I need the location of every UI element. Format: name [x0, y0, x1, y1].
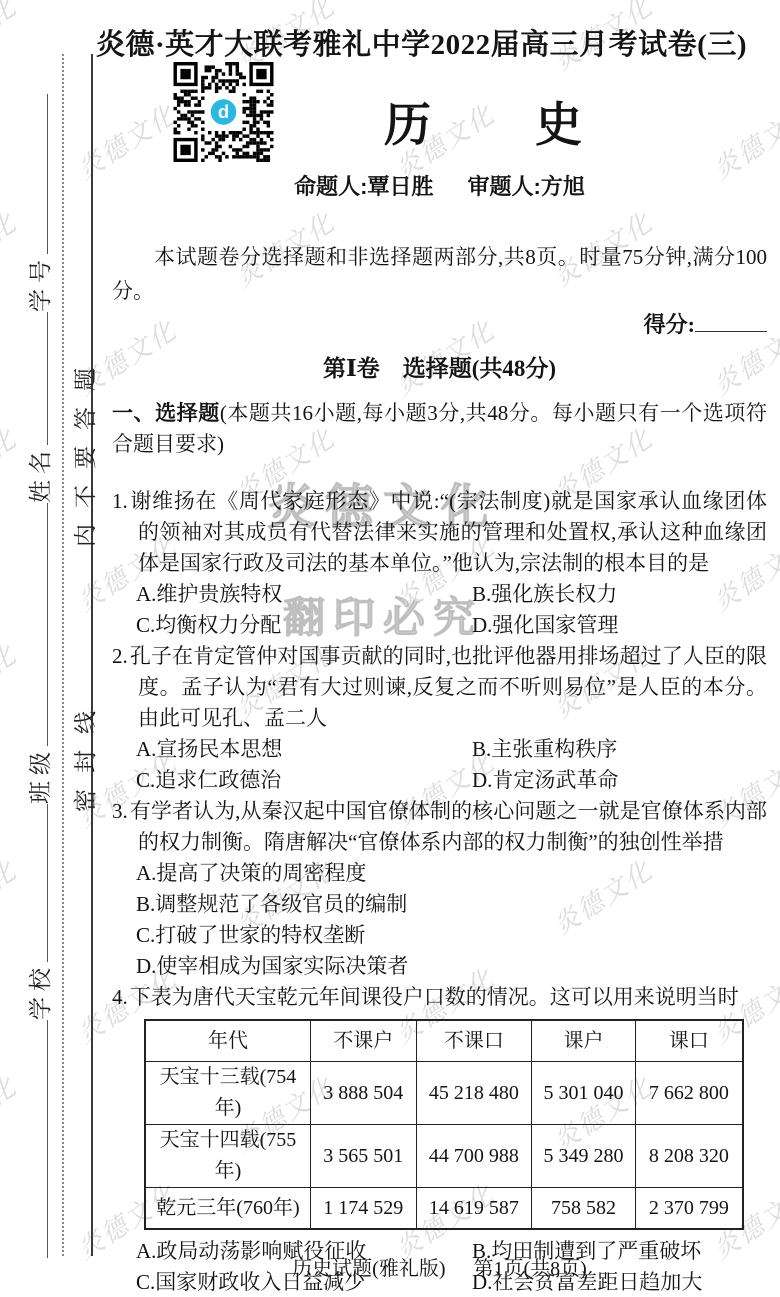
watermark-tile: 炎德文化 — [0, 850, 23, 942]
option-item: C.追求仁政德治 — [136, 765, 472, 796]
subject-char-2: 史 — [535, 88, 582, 155]
footer-page-number: 第1页(共8页) — [474, 1258, 587, 1280]
table-header-cell: 不课口 — [416, 1020, 532, 1062]
subject-title: 历 史 — [384, 88, 582, 155]
watermark-tile: 炎德文化 — [0, 0, 23, 79]
footer-doc-name: 历史试题(雅礼版) — [292, 1258, 445, 1280]
table-cell: 5 349 280 — [532, 1125, 636, 1188]
option-item: C.均衡权力分配 — [136, 610, 472, 641]
table-header-cell: 课口 — [635, 1020, 743, 1062]
watermark-tile: 炎德文化 — [0, 418, 23, 510]
option-label: A. — [136, 737, 156, 761]
section1-heading: 第Ⅰ卷 选择题(共48分) — [112, 354, 767, 384]
option-label: A. — [136, 861, 156, 885]
section1-heading-note: (共48分) — [472, 356, 556, 381]
table-row: 天宝十四载(755年)3 565 50144 700 9885 349 2808… — [145, 1125, 743, 1188]
table-row: 乾元三年(760年)1 174 52914 619 587758 5822 37… — [145, 1188, 743, 1230]
option-item: C.打破了世家的特权垄断 — [136, 923, 365, 947]
table-cell: 2 370 799 — [635, 1188, 743, 1230]
subject-char-1: 历 — [384, 88, 431, 155]
option-label: D. — [136, 954, 156, 978]
options-list: A.提高了决策的周密程度B.调整规范了各级官员的编制C.打破了世家的特权垄断D.… — [112, 858, 767, 982]
option-item: D.肯定汤武革命 — [472, 765, 767, 796]
question-list: 1.谢维扬在《周代家庭形态》中说:“(宗法制度)就是国家承认血缘团体的领袖对其成… — [112, 486, 767, 1297]
option-item: A.宣扬民本思想 — [136, 734, 472, 765]
option-item: B.主张重构秩序 — [472, 734, 767, 765]
header-area: 炎德·英才大联考雅礼中学2022届高三月考试卷(三) d 历 史 命题人:覃日胜… — [112, 0, 767, 240]
option-text: 打破了世家的特权垄断 — [155, 923, 365, 947]
table-cell: 7 662 800 — [635, 1062, 743, 1125]
option-text: 维护贵族特权 — [156, 582, 282, 606]
reviewer-name: 审题人:方旭 — [468, 174, 585, 199]
watermark-tile: 炎德文化 — [0, 634, 23, 726]
score-label: 得分: — [644, 312, 695, 337]
question-number: 4. — [112, 985, 128, 1009]
table-cell: 14 619 587 — [416, 1188, 532, 1230]
table-header-cell: 不课户 — [310, 1020, 416, 1062]
table-header-cell: 课户 — [532, 1020, 636, 1062]
option-text: 主张重构秩序 — [491, 737, 617, 761]
option-label: C. — [136, 613, 155, 637]
question-text: 谢维扬在《周代家庭形态》中说:“(宗法制度)就是国家承认血缘团体的领袖对其成员有… — [130, 489, 767, 575]
option-item: A.维护贵族特权 — [136, 579, 472, 610]
option-label: B. — [472, 737, 491, 761]
table-cell: 3 565 501 — [310, 1125, 416, 1188]
intro-paragraph: 本试题卷分选择题和非选择题两部分,共8页。时量75分钟,满分100分。 — [112, 240, 767, 308]
option-label: D. — [472, 613, 492, 637]
page-footer: 历史试题(雅礼版)第1页(共8页) — [112, 1252, 767, 1281]
table-cell: 44 700 988 — [416, 1125, 532, 1188]
setter-line: 命题人:覃日胜审题人:方旭 — [112, 170, 767, 201]
score-row: 得分: — [112, 308, 767, 342]
qr-code: d — [172, 62, 275, 162]
seal-text: 密封线内不要答题 — [67, 0, 100, 812]
question-text: 孔子在肯定管仲对国事贡献的同时,也批评他器用排场超过了人臣的限度。孟子认为“君有… — [130, 644, 767, 730]
seal-dashed-line — [62, 54, 64, 1256]
watermark-tile: 炎德文化 — [0, 1066, 23, 1158]
seal-text-group2: 内不要答题 — [73, 352, 98, 547]
option-text: 强化国家管理 — [492, 613, 618, 637]
option-text: 均衡权力分配 — [155, 613, 281, 637]
option-row: D.使宰相成为国家实际决策者 — [112, 951, 767, 982]
name-blank-line — [27, 503, 48, 746]
top-blank-line — [27, 94, 48, 254]
option-item: D.强化国家管理 — [472, 610, 767, 641]
options-grid: A.维护贵族特权B.强化族长权力C.均衡权力分配D.强化国家管理 — [112, 579, 767, 641]
table-cell: 天宝十四载(755年) — [145, 1125, 310, 1188]
table-cell: 乾元三年(760年) — [145, 1188, 310, 1230]
svg-text:d: d — [218, 101, 229, 122]
option-text: 提高了决策的周密程度 — [156, 861, 366, 885]
question-number: 2. — [112, 644, 128, 668]
option-text: 追求仁政德治 — [155, 768, 281, 792]
option-text: 肯定汤武革命 — [492, 768, 618, 792]
question-text: 有学者认为,从秦汉起中国官僚体制的核心问题之一就是官僚体系内部的权力制衡。隋唐解… — [130, 799, 767, 854]
option-label: B. — [472, 582, 491, 606]
option-label: B. — [136, 892, 155, 916]
option-item: D.使宰相成为国家实际决策者 — [136, 954, 408, 978]
question-block: 4.下表为唐代天宝乾元年间课役户口数的情况。这可以用来说明当时年代不课户不课口课… — [112, 982, 767, 1297]
table-cell: 758 582 — [532, 1188, 636, 1230]
section1-instructions-bold: 一、选择题 — [112, 402, 220, 425]
table-header-cell: 年代 — [145, 1020, 310, 1062]
school-label: 学校 — [28, 962, 53, 1020]
option-text: 使宰相成为国家实际决策者 — [156, 954, 408, 978]
options-grid: A.宣扬民本思想B.主张重构秩序C.追求仁政德治D.肯定汤武革命 — [112, 734, 767, 796]
table-cell: 1 174 529 — [310, 1188, 416, 1230]
section1-heading-main: 第Ⅰ卷 选择题 — [323, 356, 472, 381]
question-block: 2.孔子在肯定管仲对国事贡献的同时,也批评他器用排场超过了人臣的限度。孟子认为“… — [112, 641, 767, 796]
option-text: 调整规范了各级官员的编制 — [155, 892, 407, 916]
option-item: B.强化族长权力 — [472, 579, 767, 610]
table-cell: 3 888 504 — [310, 1062, 416, 1125]
exam-page: 炎德·英才大联考雅礼中学2022届高三月考试卷(三) d 历 史 命题人:覃日胜… — [112, 0, 767, 1297]
exam-title: 炎德·英才大联考雅礼中学2022届高三月考试卷(三) — [96, 22, 780, 63]
option-label: C. — [136, 768, 155, 792]
question-block: 3.有学者认为,从秦汉起中国官僚体制的核心问题之一就是官僚体系内部的权力制衡。隋… — [112, 796, 767, 982]
score-blank-line — [695, 313, 767, 332]
class-blank-line — [27, 804, 48, 962]
option-label: C. — [136, 923, 155, 947]
student-id-label: 学号 — [28, 254, 53, 312]
option-text: 宣扬民本思想 — [156, 737, 282, 761]
question-block: 1.谢维扬在《周代家庭形态》中说:“(宗法制度)就是国家承认血缘团体的领袖对其成… — [112, 486, 767, 641]
data-table: 年代不课户不课口课户课口天宝十三载(754年)3 888 50445 218 4… — [144, 1019, 744, 1230]
option-label: D. — [472, 768, 492, 792]
section1-instructions: 一、选择题(本题共16小题,每小题3分,共48分。每小题只有一个选项符合题目要求… — [112, 398, 767, 460]
option-row: B.调整规范了各级官员的编制 — [112, 889, 767, 920]
class-label: 班级 — [28, 746, 53, 804]
option-item: A.提高了决策的周密程度 — [136, 861, 366, 885]
option-row: C.打破了世家的特权垄断 — [112, 920, 767, 951]
option-row: A.提高了决策的周密程度 — [112, 858, 767, 889]
student-id-blank-line — [27, 312, 48, 445]
name-label: 姓名 — [28, 445, 53, 503]
seal-text-group1: 密封线 — [73, 695, 98, 812]
watermark-tile: 炎德文化 — [0, 202, 23, 294]
school-blank-line — [27, 1020, 48, 1258]
table-row: 天宝十三载(754年)3 888 50445 218 4805 301 0407… — [145, 1062, 743, 1125]
table-cell: 5 301 040 — [532, 1062, 636, 1125]
option-item: B.调整规范了各级官员的编制 — [136, 892, 407, 916]
table-cell: 45 218 480 — [416, 1062, 532, 1125]
student-info-strip: 学校班级姓名学号 — [22, 53, 55, 1258]
setter-name: 命题人:覃日胜 — [294, 174, 433, 199]
table-cell: 8 208 320 — [635, 1125, 743, 1188]
question-number: 1. — [112, 489, 128, 513]
option-label: A. — [136, 582, 156, 606]
question-number: 3. — [112, 799, 128, 823]
table-cell: 天宝十三载(754年) — [145, 1062, 310, 1125]
question-text: 下表为唐代天宝乾元年间课役户口数的情况。这可以用来说明当时 — [130, 985, 739, 1009]
option-text: 强化族长权力 — [491, 582, 617, 606]
